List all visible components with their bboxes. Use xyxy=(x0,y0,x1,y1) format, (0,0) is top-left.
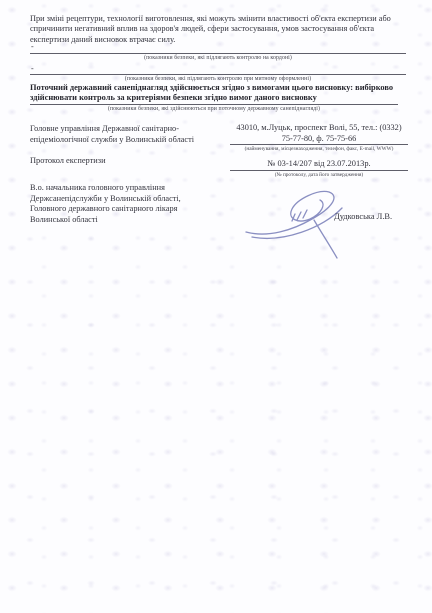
surveillance-statement-line2: здійснювати контроль за критеріями безпе… xyxy=(30,93,425,104)
surveillance-statement-line1: Поточний державний санепіднагляд здійсню… xyxy=(30,83,425,94)
document-page: При зміні рецептури, технології виготовл… xyxy=(0,0,432,613)
signatory-title-line2: Держсанепідслужби у Волинській області, xyxy=(30,194,245,205)
customs-control-mark: - xyxy=(31,64,34,73)
institution-address-line2: 75-77-80, ф. 75-75-66 xyxy=(230,134,408,145)
protocol-number: № 03-14/207 від 23.07.2013р. xyxy=(230,159,408,168)
surveillance-line xyxy=(30,104,398,105)
institution-name: Головне управління Державної санітарно- … xyxy=(30,124,235,145)
surveillance-caption: (показники безпеки, які здійснюються при… xyxy=(30,106,398,113)
signatory-title-line1: В.о. начальника головного управління xyxy=(30,183,245,194)
institution-name-line1: Головне управління Державної санітарно- xyxy=(30,124,235,135)
institution-address-line1: 43010, м.Луцьк, проспект Волі, 55, тел.:… xyxy=(230,123,408,134)
signatory-title-line4: Волинської області xyxy=(30,215,245,226)
institution-address-line-rule xyxy=(230,144,408,145)
customs-control-caption: (показники безпеки, які підлягають контр… xyxy=(30,76,406,83)
protocol-caption: (№ протоколу, дата його затвердження) xyxy=(230,172,408,178)
institution-contact-caption: (найменування, місцезнаходження, телефон… xyxy=(230,146,408,152)
signatory-title-line3: Головного державного санітарного лікаря xyxy=(30,204,245,215)
signatory-title: В.о. начальника головного управління Дер… xyxy=(30,183,245,225)
protocol-number-rule xyxy=(230,170,408,171)
customs-control-line xyxy=(30,74,406,75)
revocation-clause: При зміні рецептури, технології виготовл… xyxy=(30,14,408,45)
border-control-mark: - xyxy=(31,42,34,51)
border-control-caption: (показники безпеки, які підлягають контр… xyxy=(30,55,406,62)
protocol-label: Протокол експертизи xyxy=(30,156,106,165)
border-control-line xyxy=(30,53,406,54)
institution-name-line2: епідеміологічної служби у Волинській обл… xyxy=(30,135,235,146)
institution-address: 43010, м.Луцьк, проспект Волі, 55, тел.:… xyxy=(230,123,408,144)
signatory-name: Дудковська Л.В. xyxy=(334,212,392,221)
